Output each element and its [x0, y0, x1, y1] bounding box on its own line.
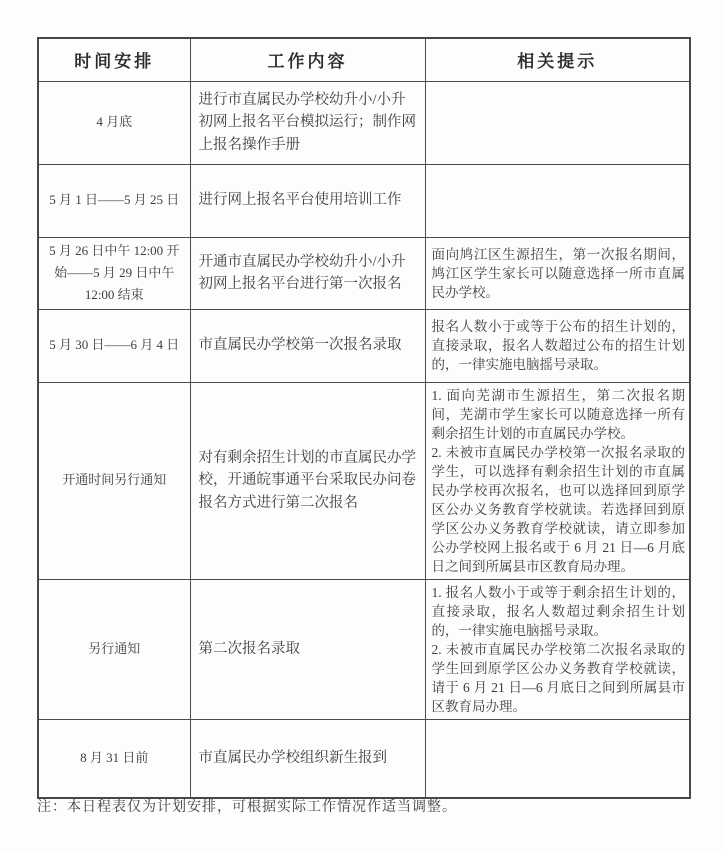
col-header-tips: 相关提示: [425, 38, 690, 81]
work-cell: 第二次报名录取: [190, 579, 425, 719]
time-cell: 4 月底: [38, 81, 190, 164]
tips-cell: [425, 81, 690, 164]
table-footnote: 注：本日程表仅为计划安排，可根据实际工作情况作适当调整。: [37, 796, 457, 816]
table-row: 8 月 31 日前 市直属民办学校组织新生报到: [38, 719, 690, 798]
col-header-work: 工作内容: [190, 38, 425, 81]
tips-cell: 面向鸠江区生源招生，第一次报名期间，鸠江区学生家长可以随意选择一所市直属民办学校…: [425, 237, 690, 309]
work-cell: 进行市直属民办学校幼升小/小升初网上报名平台模拟运行；制作网上报名操作手册: [190, 81, 425, 164]
work-cell: 市直属民办学校第一次报名录取: [190, 309, 425, 382]
tips-cell: 1. 报名人数小于或等于剩余招生计划的，直接录取，报名人数超过剩余招生计划的，一…: [425, 579, 690, 719]
time-cell: 5 月 26 日中午 12:00 开 始——5 月 29 日中午 12:00 结…: [38, 237, 190, 309]
table-row: 4 月底 进行市直属民办学校幼升小/小升初网上报名平台模拟运行；制作网上报名操作…: [38, 81, 690, 164]
schedule-table: 时间安排 工作内容 相关提示 4 月底 进行市直属民办学校幼升小/小升初网上报名…: [37, 37, 691, 799]
time-cell: 8 月 31 日前: [38, 719, 190, 798]
table-row: 5 月 26 日中午 12:00 开 始——5 月 29 日中午 12:00 结…: [38, 237, 690, 309]
table-row: 5 月 1 日——5 月 25 日 进行网上报名平台使用培训工作: [38, 164, 690, 237]
work-cell: 对有剩余招生计划的市直属民办学校，开通皖事通平台采取民办问卷报名方式进行第二次报…: [190, 382, 425, 579]
tips-cell: 1. 面向芜湖市生源招生，第二次报名期间，芜湖市学生家长可以随意选择一所有剩余招…: [425, 382, 690, 579]
table-row: 另行通知 第二次报名录取 1. 报名人数小于或等于剩余招生计划的，直接录取，报名…: [38, 579, 690, 719]
document-page: 时间安排 工作内容 相关提示 4 月底 进行市直属民办学校幼升小/小升初网上报名…: [0, 0, 724, 851]
work-cell: 市直属民办学校组织新生报到: [190, 719, 425, 798]
work-cell: 开通市直属民办学校幼升小/小升初网上报名平台进行第一次报名: [190, 237, 425, 309]
time-cell: 开通时间另行通知: [38, 382, 190, 579]
time-cell: 另行通知: [38, 579, 190, 719]
work-cell: 进行网上报名平台使用培训工作: [190, 164, 425, 237]
header-row: 时间安排 工作内容 相关提示: [38, 38, 690, 81]
tips-cell: [425, 719, 690, 798]
table-row: 5 月 30 日——6 月 4 日 市直属民办学校第一次报名录取 报名人数小于或…: [38, 309, 690, 382]
time-cell: 5 月 30 日——6 月 4 日: [38, 309, 190, 382]
time-cell: 5 月 1 日——5 月 25 日: [38, 164, 190, 237]
tips-cell: [425, 164, 690, 237]
table-row: 开通时间另行通知 对有剩余招生计划的市直属民办学校，开通皖事通平台采取民办问卷报…: [38, 382, 690, 579]
tips-cell: 报名人数小于或等于公布的招生计划的，直接录取，报名人数超过公布的招生计划的，一律…: [425, 309, 690, 382]
col-header-time: 时间安排: [38, 38, 190, 81]
